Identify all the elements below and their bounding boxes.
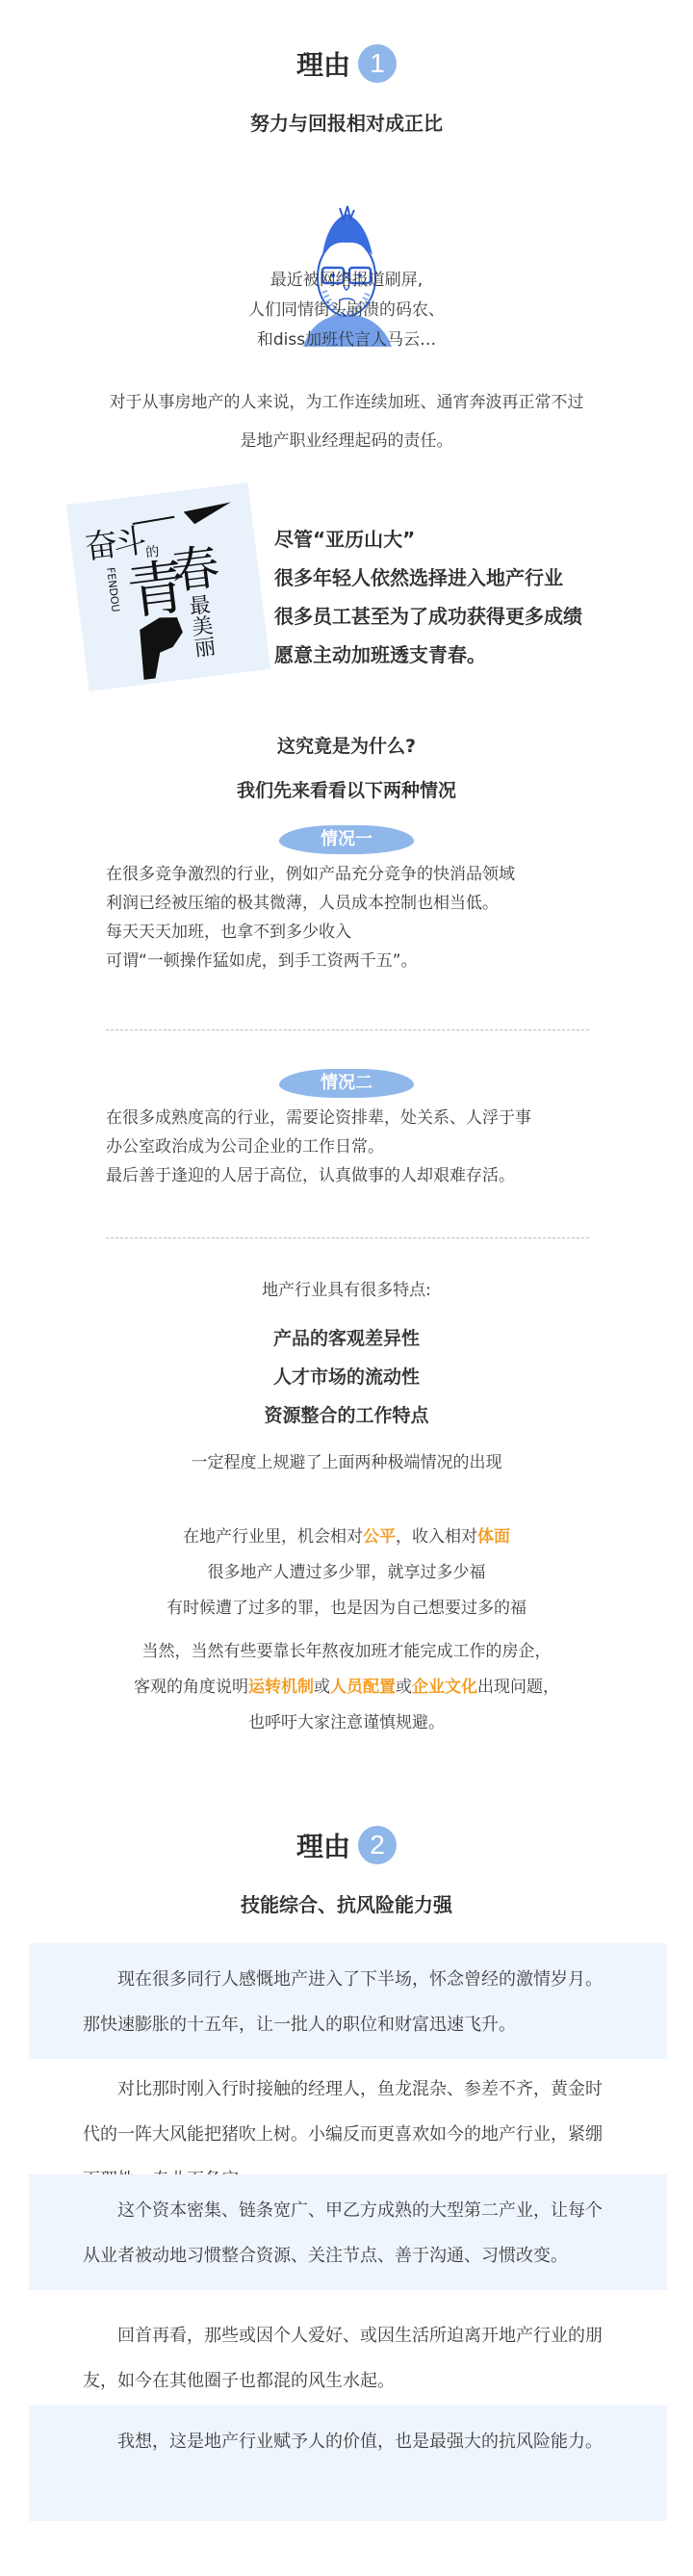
feature-item: 人才市场的流动性 xyxy=(0,1358,693,1396)
svg-text:丽: 丽 xyxy=(193,636,218,662)
intro-text: 最近被网络报道刷屏, 人们同情街头崩溃的码农、 和diss加班代言人马云… xyxy=(0,266,693,355)
highlight-fair: 公平 xyxy=(363,1527,396,1547)
features-list: 产品的客观差异性 人才市场的流动性 资源整合的工作特点 xyxy=(0,1319,693,1435)
case2-tag: 情况二 xyxy=(279,1069,414,1098)
divider xyxy=(106,1237,589,1238)
feature-item: 产品的客观差异性 xyxy=(0,1319,693,1358)
question-text: 这究竟是为什么? 我们先来看看以下两种情况 xyxy=(0,724,693,813)
reason-title: 理由 xyxy=(296,1826,350,1864)
fairness-text: 在地产行业里，机会相对公平，收入相对体面 很多地产人遭过多少罪，就享过多少福 有… xyxy=(0,1520,693,1626)
highlight-staffing: 人员配置 xyxy=(330,1678,396,1697)
features-outro: 一定程度上规避了上面两种极端情况的出现 xyxy=(0,1448,693,1477)
reason1-subtitle: 努力与回报相对成正比 xyxy=(0,108,693,136)
svg-text:春: 春 xyxy=(168,539,223,601)
highlight-mechanism: 运转机制 xyxy=(248,1678,314,1697)
feature-item: 资源整合的工作特点 xyxy=(0,1396,693,1435)
paragraph-panel: 回首再看，那些或因个人爱好、或因生活所迫离开地产行业的朋友，如今在其他圈子也都混… xyxy=(29,2290,667,2406)
highlight-culture: 企业文化 xyxy=(412,1678,477,1697)
paragraph-panel: 对比那时刚入行时接触的经理人，鱼龙混杂、参差不齐，黄金时代的一阵大风能把猪吹上树… xyxy=(29,2059,667,2174)
case1-text: 在很多竞争激烈的行业，例如产品充分竞争的快消品领域 利润已经被压缩的极其微薄，人… xyxy=(106,860,606,976)
number-badge: 2 xyxy=(358,1826,397,1864)
features-intro: 地产行业具有很多特点: xyxy=(0,1276,693,1305)
reason1-heading: 理由 1 xyxy=(0,44,693,83)
paragraph-panel: 我想，这是地产行业赋予人的价值，也是最强大的抗风险能力。 xyxy=(29,2406,667,2521)
number-badge: 1 xyxy=(358,44,397,83)
reason2-subtitle: 技能综合、抗风险能力强 xyxy=(0,1889,693,1917)
highlight-decent: 体面 xyxy=(477,1527,510,1547)
svg-text:FENDOU: FENDOU xyxy=(104,566,122,612)
poster-caption: 尽管“亚历山大” 很多年轻人依然选择进入地产行业 很多员工甚至为了成功获得更多成… xyxy=(274,520,582,674)
case2-text: 在很多成熟度高的行业，需要论资排辈，处关系、人浮于事 办公室政治成为公司企业的工… xyxy=(106,1104,606,1190)
caveat-text: 当然，当然有些要靠长年熬夜加班才能完成工作的房企， 客观的角度说明运转机制或人员… xyxy=(0,1634,693,1741)
case1-tag: 情况一 xyxy=(279,825,414,854)
statement-text: 对于从事房地产的人来说，为工作连续加班、通宵奔波再正常不过 是地产职业经理起码的… xyxy=(0,383,693,460)
paragraph-panel: 这个资本密集、链条宽广、甲乙方成熟的大型第二产业，让每个从业者被动地习惯整合资源… xyxy=(29,2174,667,2290)
fendou-youth-poster-icon: 奋 斗 的 青 春 最 美 丽 FENDOU xyxy=(66,482,270,691)
paragraph-panel: 现在很多同行人感慨地产进入了下半场，怀念曾经的激情岁月。那快速膨胀的十五年，让一… xyxy=(29,1943,667,2059)
reason-title: 理由 xyxy=(296,44,350,83)
divider xyxy=(106,1029,589,1030)
reason2-heading: 理由 2 xyxy=(0,1826,693,1864)
